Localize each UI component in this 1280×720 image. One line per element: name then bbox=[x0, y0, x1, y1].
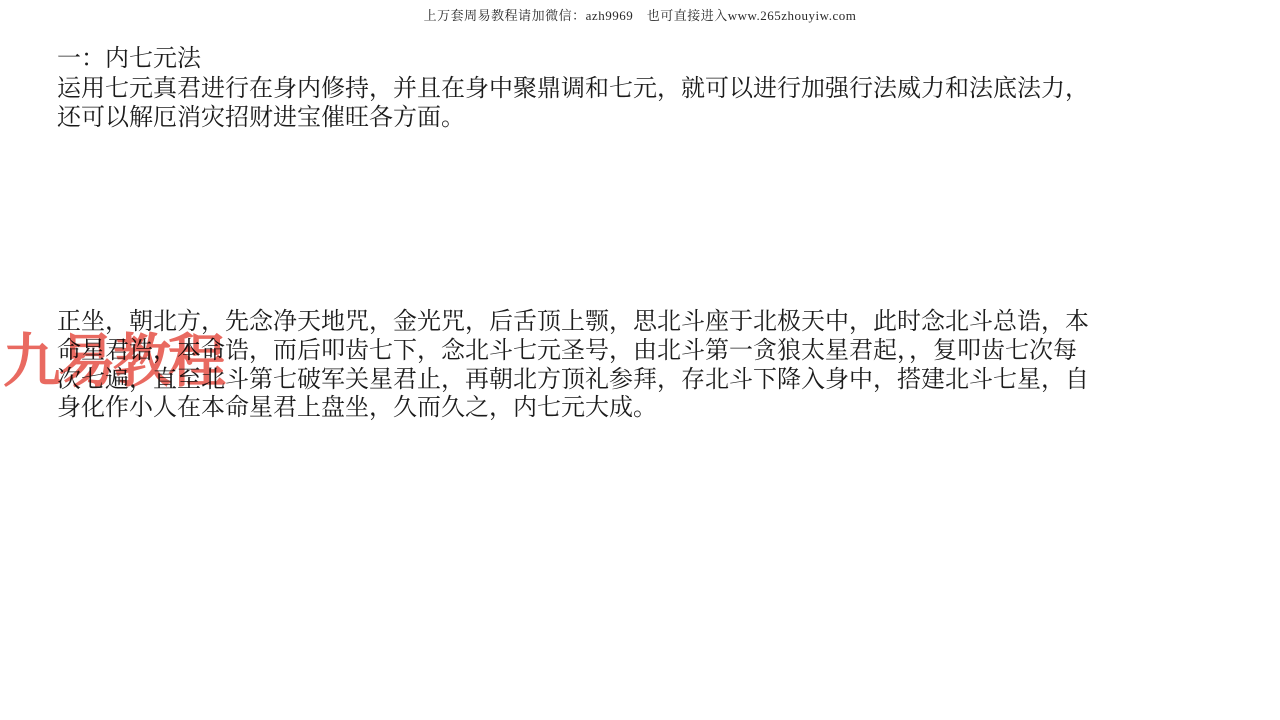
header-promo-text: 上万套周易教程请加微信：azh9969 也可直接进入www.265zhouyiw… bbox=[0, 5, 1280, 24]
intro-line: 还可以解厄消灾招财进宝催旺各方面。 bbox=[57, 103, 1102, 133]
body-line: 正坐，朝北方，先念净天地咒，金光咒，后舌顶上颚，思北斗座于北极天中，此时念北斗总… bbox=[57, 308, 1102, 337]
body-line: 次七遍，直至北斗第七破军关星君止，再朝北方顶礼参拜，存北斗下降入身中，搭建北斗七… bbox=[57, 366, 1102, 395]
intro-section: 一：内七元法 运用七元真君进行在身内修持，并且在身中聚鼎调和七元，就可以进行加强… bbox=[57, 44, 1102, 133]
document-page: 上万套周易教程请加微信：azh9969 也可直接进入www.265zhouyiw… bbox=[0, 0, 1280, 720]
body-line: 身化作小人在本命星君上盘坐，久而久之，内七元大成。 bbox=[57, 394, 1102, 423]
body-line: 命星君诰，本命诰，而后叩齿七下，念北斗七元圣号，由北斗第一贪狼太星君起，，复叩齿… bbox=[57, 337, 1102, 366]
page-title: 一：内七元法 bbox=[57, 44, 1102, 74]
intro-line: 运用七元真君进行在身内修持，并且在身中聚鼎调和七元，就可以进行加强行法威力和法底… bbox=[57, 74, 1102, 104]
body-section: 正坐，朝北方，先念净天地咒，金光咒，后舌顶上颚，思北斗座于北极天中，此时念北斗总… bbox=[57, 308, 1102, 423]
